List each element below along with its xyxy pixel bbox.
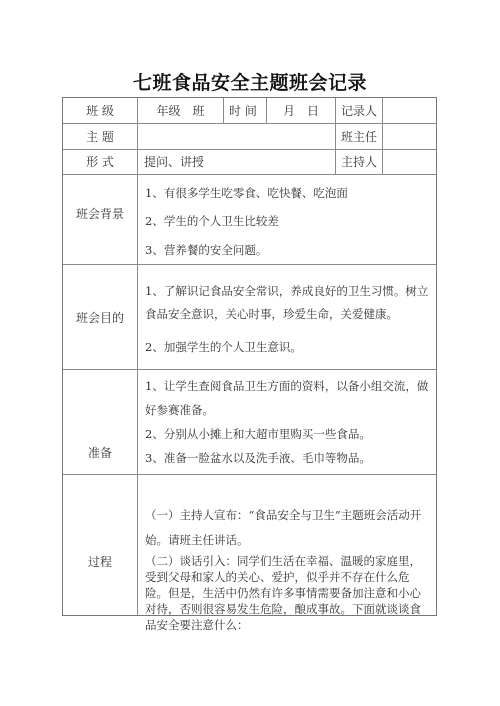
process-item: （二）谈话引入：同学们生活在幸福、温暖的家庭里，受到父母和家人的关心、爱护，似乎…	[145, 553, 431, 633]
teacher-label: 班主任	[341, 130, 377, 144]
column-divider	[137, 98, 138, 615]
background-label: 班会背景	[63, 207, 137, 221]
process-content: （一）主持人宣布：“食品安全与卫生”主题班会活动开始。请班主任讲话。 （二）谈话…	[145, 503, 431, 633]
purpose-label: 班会目的	[63, 311, 137, 325]
purpose-item: 1、了解识记食品安全常识，养成良好的卫生习惯。树立食品安全意识，关心时事，珍爱生…	[145, 280, 431, 326]
class-label: 班 级	[63, 104, 137, 118]
column-divider	[223, 98, 224, 123]
purpose-item: 2、加强学生的个人卫生意识。	[145, 336, 431, 359]
row-divider	[63, 264, 436, 265]
preparation-item: 1、让学生查阅食品卫生方面的资料，以备小组交流，做好参赛准备。	[145, 374, 431, 422]
host-label: 主持人	[341, 155, 377, 169]
row-divider	[63, 149, 436, 150]
background-content: 1、有很多学生吃零食、吃快餐、吃泡面 2、学生的个人卫生比较差 3、营养餐的安全…	[145, 186, 430, 257]
column-divider	[335, 98, 336, 174]
column-divider	[382, 98, 383, 174]
time-label: 时 间	[229, 104, 257, 118]
preparation-label: 准备	[63, 446, 137, 460]
record-table: 班 级 年级 班 时 间 月 日 记录人 主 题 班主任 形 式 提问、讲授 主…	[62, 97, 437, 616]
preparation-content: 1、让学生查阅食品卫生方面的资料，以备小组交流，做好参赛准备。 2、分别从小摊上…	[145, 374, 431, 470]
process-label: 过程	[63, 555, 137, 569]
process-item: （一）主持人宣布：“食品安全与卫生”主题班会活动开始。请班主任讲话。	[145, 503, 431, 553]
preparation-item: 2、分别从小摊上和大超市里购买一些食品。	[145, 422, 431, 446]
row-divider	[63, 123, 436, 124]
class-value: 年级 班	[138, 104, 223, 118]
format-value: 提问、讲授	[144, 155, 204, 169]
background-item: 2、学生的个人卫生比较差	[145, 214, 430, 228]
purpose-content: 1、了解识记食品安全常识，养成良好的卫生习惯。树立食品安全意识，关心时事，珍爱生…	[145, 280, 431, 359]
topic-label: 主 题	[63, 130, 137, 144]
background-item: 1、有很多学生吃零食、吃快餐、吃泡面	[145, 186, 430, 200]
recorder-label: 记录人	[341, 104, 377, 118]
time-value: 月 日	[267, 104, 335, 118]
row-divider	[63, 369, 436, 370]
format-label: 形 式	[63, 155, 137, 169]
row-divider	[63, 174, 436, 175]
row-divider	[63, 474, 436, 475]
preparation-item: 3、准备一脸盆水以及洗手液、毛巾等物品。	[145, 446, 431, 470]
document-title: 七班食品安全主题班会记录	[0, 68, 500, 95]
background-item: 3、营养餐的安全问题。	[145, 243, 430, 257]
